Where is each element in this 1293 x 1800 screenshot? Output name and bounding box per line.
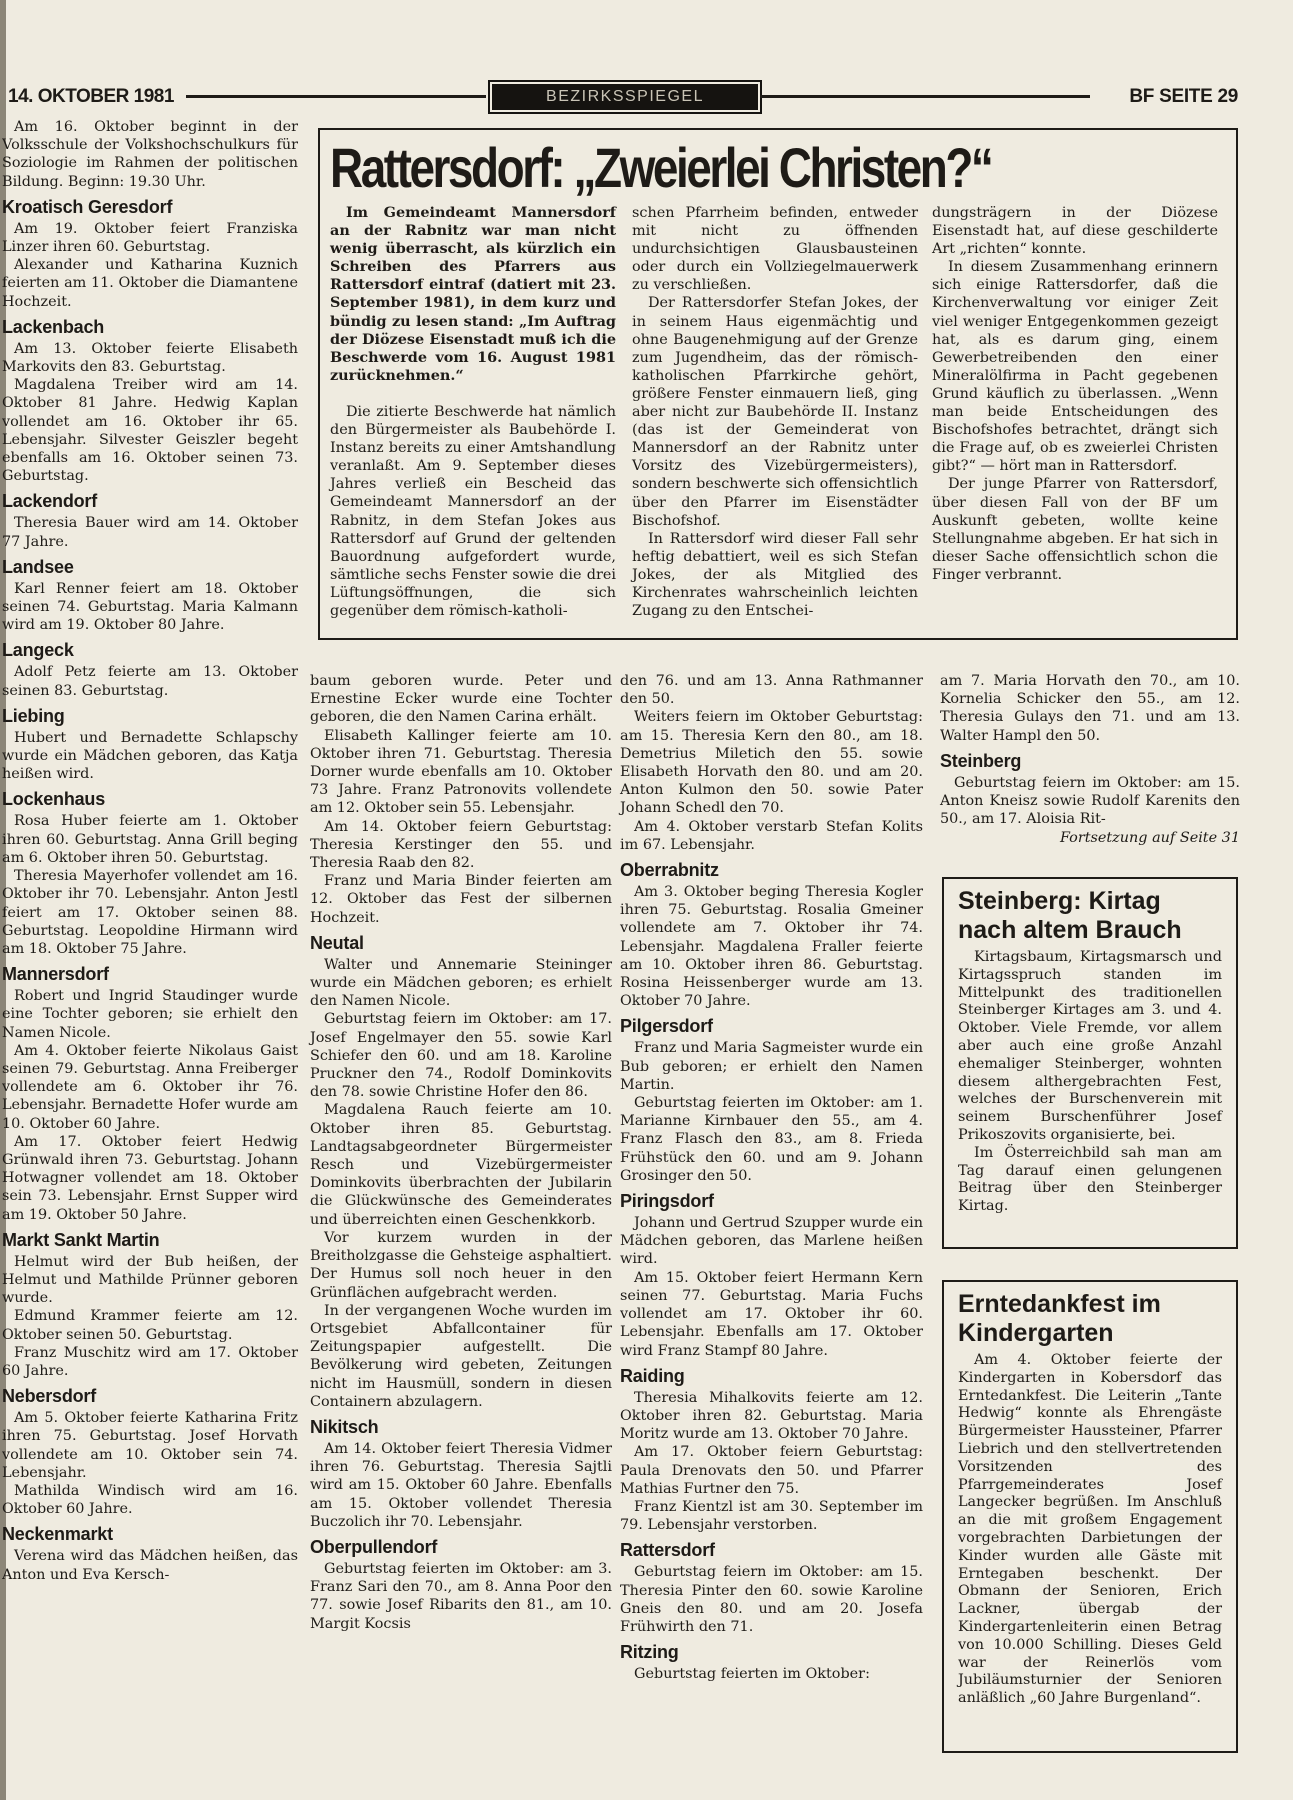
paragraph: Geburtstag feiern im Oktober: am 17. Jos… [310,1010,612,1101]
section-title: Liebing [2,705,298,727]
section-title: Kroatisch Geresdorf [2,196,298,218]
box-headline: Erntedankfest im Kindergarten [958,1290,1222,1348]
paragraph: In diesem Zusammenhang erinnern sich ein… [932,258,1218,475]
feature-column-1: Im Gemeindeamt Mannersdorf an der Rabnit… [330,204,616,620]
paragraph: Franz Muschitz wird am 17. Oktober 60 Ja… [2,1344,298,1380]
section-title: Langeck [2,639,298,661]
paragraph: Am 4. Oktober feierte der Kindergarten i… [958,1352,1222,1708]
paragraph: Rosa Huber feierte am 1. Oktober ihren 6… [2,812,298,867]
paragraph: Kirtagsbaum, Kirtagsmarsch und Kirtagssp… [958,949,1222,1145]
paragraph: Walter und Annemarie Steininger wurde ei… [310,956,612,1011]
paragraph: Adolf Petz feierte am 13. Oktober seinen… [2,663,298,699]
section-title: Oberpullendorf [310,1536,612,1558]
section-title: Ritzing [620,1641,923,1663]
paragraph: Hubert und Bernadette Schlapschy wurde e… [2,729,298,784]
paragraph: Am 17. Oktober feiert Hedwig Grünwald ih… [2,1133,298,1224]
section-title: Pilgersdorf [620,1015,923,1037]
paragraph: Am 17. Oktober feiern Geburtstag: Paula … [620,1443,923,1498]
section-title: Steinberg [940,750,1240,772]
section-title: Lackendorf [2,490,298,512]
paragraph: Im Österreichbild sah man am Tag darauf … [958,1145,1222,1216]
intro-paragraph: Am 16. Oktober beginnt in der Volksschul… [2,118,298,191]
feature-article-box: Rattersdorf: „Zweierlei Christen?“ Im Ge… [318,128,1238,640]
section-banner: BEZIRKSSPIEGEL [488,80,762,114]
paragraph: Magdalena Treiber wird am 14. Oktober 81… [2,376,298,485]
feature-headline: Rattersdorf: „Zweierlei Christen?“ [330,138,991,198]
paragraph: Theresia Mayerhofer vollendet am 16. Okt… [2,867,298,958]
section-title: Neutal [310,932,612,954]
paragraph: Am 4. Oktober feierte Nikolaus Gaist sei… [2,1042,298,1133]
page-number: BF SEITE 29 [1129,86,1238,108]
section-title: Landsee [2,556,298,578]
paragraph: Am 14. Oktober feiert Theresia Vidmer ih… [310,1440,612,1531]
feature-column-2: schen Pfarrheim befinden, entweder mit n… [632,204,918,620]
middle-column: baum geboren wurde. Peter und Ernestine … [310,672,612,1633]
paragraph: Theresia Mihalkovits feierte am 12. Okto… [620,1389,923,1444]
paragraph: Geburtstag feierten im Oktober: am 3. Fr… [310,1560,612,1633]
paragraph: Der Rattersdorfer Stefan Jokes, der in s… [632,294,918,529]
paragraph: baum geboren wurde. Peter und Ernestine … [310,672,612,727]
feature-lead: Im Gemeindeamt Mannersdorf an der Rabnit… [330,204,616,385]
paragraph: Die zitierte Beschwerde hat nämlich den … [330,403,616,620]
paragraph: Geburtstag feierten im Oktober: [620,1665,923,1683]
section-title: Piringsdorf [620,1190,923,1212]
paragraph: Robert und Ingrid Staudinger wurde eine … [2,987,298,1042]
section-title: Nebersdorf [2,1385,298,1407]
header-rule-right [760,95,1090,98]
header-rule-left [186,95,486,98]
paragraph: den 76. und am 13. Anna Rathmanner den 5… [620,672,923,708]
paragraph: In Rattersdorf wird dieser Fall sehr hef… [632,530,918,620]
paragraph: Elisabeth Kallinger feierte am 10. Oktob… [310,727,612,818]
paragraph: Am 19. Oktober feiert Franziska Linzer i… [2,220,298,256]
section-title: Nikitsch [310,1416,612,1438]
paragraph: Franz Kientzl ist am 30. September im 79… [620,1498,923,1534]
paragraph: Edmund Krammer feierte am 12. Oktober se… [2,1307,298,1343]
paragraph: Am 14. Oktober feiern Geburtstag: Theres… [310,818,612,873]
section-title: Lockenhaus [2,788,298,810]
paragraph: Franz und Maria Sagmeister wurde ein Bub… [620,1039,923,1094]
box-headline: Steinberg: Kirtag nach altem Brauch [958,887,1222,945]
section-title: Oberrabnitz [620,859,923,881]
page-header: 14. OKTOBER 1981 BEZIRKSSPIEGEL BF SEITE… [8,80,1238,112]
section-title: Markt Sankt Martin [2,1229,298,1251]
paragraph: Mathilda Windisch wird am 16. Oktober 60… [2,1482,298,1518]
paragraph: Helmut wird der Bub heißen, der Helmut u… [2,1253,298,1308]
far-right-column: am 7. Maria Horvath den 70., am 10. Korn… [940,672,1240,848]
steinberg-kirtag-box: Steinberg: Kirtag nach altem Brauch Kirt… [942,877,1238,1249]
paragraph: Weiters feiern im Oktober Geburtstag: am… [620,708,923,817]
paragraph: In der vergangenen Woche wurden im Ortsg… [310,1302,612,1411]
paragraph: Am 13. Oktober feierte Elisabeth Markovi… [2,340,298,376]
paragraph: Am 4. Oktober verstarb Stefan Kolits im … [620,818,923,854]
right-column: den 76. und am 13. Anna Rathmanner den 5… [620,672,923,1683]
paragraph: schen Pfarrheim befinden, entweder mit n… [632,204,918,294]
paragraph: Theresia Bauer wird am 14. Oktober 77 Ja… [2,514,298,550]
paragraph: Am 3. Oktober beging Theresia Kogler ihr… [620,883,923,1010]
paragraph: Am 15. Oktober feiert Hermann Kern seine… [620,1269,923,1360]
paragraph: am 7. Maria Horvath den 70., am 10. Korn… [940,672,1240,745]
paragraph: Karl Renner feiert am 18. Oktober seinen… [2,580,298,635]
paragraph: Geburtstag feiern im Oktober: am 15. Ant… [940,774,1240,829]
paragraph: Franz und Maria Binder feierten am 12. O… [310,872,612,927]
paragraph: Geburtstag feierten im Oktober: am 1. Ma… [620,1094,923,1185]
issue-date: 14. OKTOBER 1981 [8,86,174,108]
paragraph: Magdalena Rauch feierte am 10. Oktober i… [310,1101,612,1228]
feature-column-3: dungsträgern in der Diözese Eisenstadt h… [932,204,1218,584]
section-title: Mannersdorf [2,963,298,985]
left-column: Am 16. Oktober beginnt in der Volksschul… [2,118,298,1584]
paragraph: Geburtstag feiern im Oktober: am 15. The… [620,1563,923,1636]
paragraph: Am 5. Oktober feierte Katharina Fritz ih… [2,1409,298,1482]
paragraph: Vor kurzem wurden in der Breitholzgasse … [310,1229,612,1302]
continued-on-page-link: Fortsetzung auf Seite 31 [940,829,1240,847]
paragraph: dungsträgern in der Diözese Eisenstadt h… [932,204,1218,258]
section-title: Lackenbach [2,316,298,338]
paragraph: Johann und Gertrud Szupper wurde ein Mäd… [620,1214,923,1269]
paragraph: Alexander und Katharina Kuznich feierten… [2,256,298,311]
paragraph: Der junge Pfarrer von Rattersdorf, über … [932,475,1218,584]
erntedankfest-box: Erntedankfest im Kindergarten Am 4. Okto… [942,1280,1238,1753]
section-title: Rattersdorf [620,1539,923,1561]
paragraph: Verena wird das Mädchen heißen, das Anto… [2,1547,298,1583]
section-title: Raiding [620,1365,923,1387]
section-title: Neckenmarkt [2,1523,298,1545]
